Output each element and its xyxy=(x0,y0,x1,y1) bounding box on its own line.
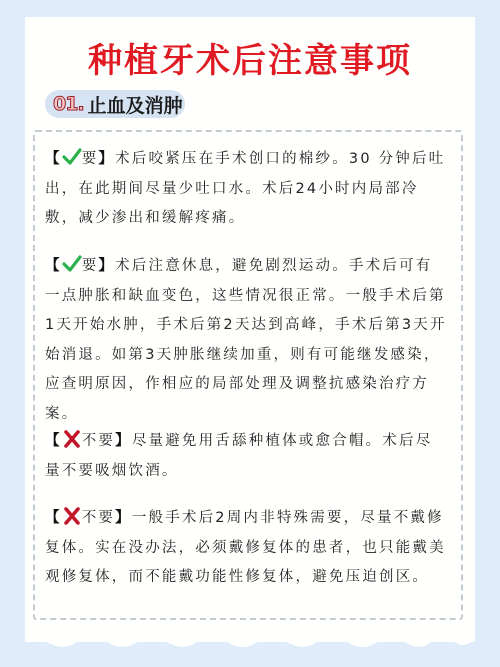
tip-tag: 不要 xyxy=(82,510,115,526)
tip-item-do: 【要】术后注意休息，避免剧烈运动。手术后可有一点肿胀和缺血变色，这些情况很正常。… xyxy=(45,252,447,429)
tip-text: 术后注意休息，避免剧烈运动。手术后可有一点肿胀和缺血变色，这些情况很正常。一般手… xyxy=(45,258,447,422)
section-title: 止血及消肿 xyxy=(88,91,183,118)
bracket-close: 】 xyxy=(115,433,132,449)
bracket-open: 【 xyxy=(45,258,62,274)
tip-item-dont: 【不要】尽量避免用舌舔种植体或愈合帽。术后尽量不要吸烟饮酒。 xyxy=(45,427,447,486)
cross-icon xyxy=(62,430,82,448)
section-header: 01. 止血及消肿 xyxy=(45,90,185,118)
tips-box: 【要】术后咬紧压在手术创口的棉纱。30 分钟后吐出，在此期间尽量少吐口水。术后2… xyxy=(33,130,463,620)
bracket-open: 【 xyxy=(45,510,62,526)
check-icon xyxy=(62,255,82,273)
bracket-open: 【 xyxy=(45,151,62,167)
check-icon xyxy=(62,148,82,166)
torn-edge-decoration xyxy=(25,628,475,658)
tip-tag: 要 xyxy=(82,151,99,167)
content-card: 种植牙术后注意事项 01. 止血及消肿 【要】术后咬紧压在手术创口的棉纱。30 … xyxy=(25,17,475,642)
tip-item-do: 【要】术后咬紧压在手术创口的棉纱。30 分钟后吐出，在此期间尽量少吐口水。术后2… xyxy=(45,145,447,234)
bracket-close: 】 xyxy=(115,510,132,526)
bracket-open: 【 xyxy=(45,433,62,449)
page-title: 种植牙术后注意事项 xyxy=(25,39,475,83)
section-number: 01. xyxy=(53,93,84,115)
cross-icon xyxy=(62,507,82,525)
bracket-close: 】 xyxy=(98,258,115,274)
tip-item-dont: 【不要】一般手术后2周内非特殊需要，尽量不戴修复体。实在没办法，必须戴修复体的患… xyxy=(45,504,447,593)
tip-tag: 要 xyxy=(82,258,99,274)
tip-tag: 不要 xyxy=(82,433,115,449)
bracket-close: 】 xyxy=(98,151,115,167)
